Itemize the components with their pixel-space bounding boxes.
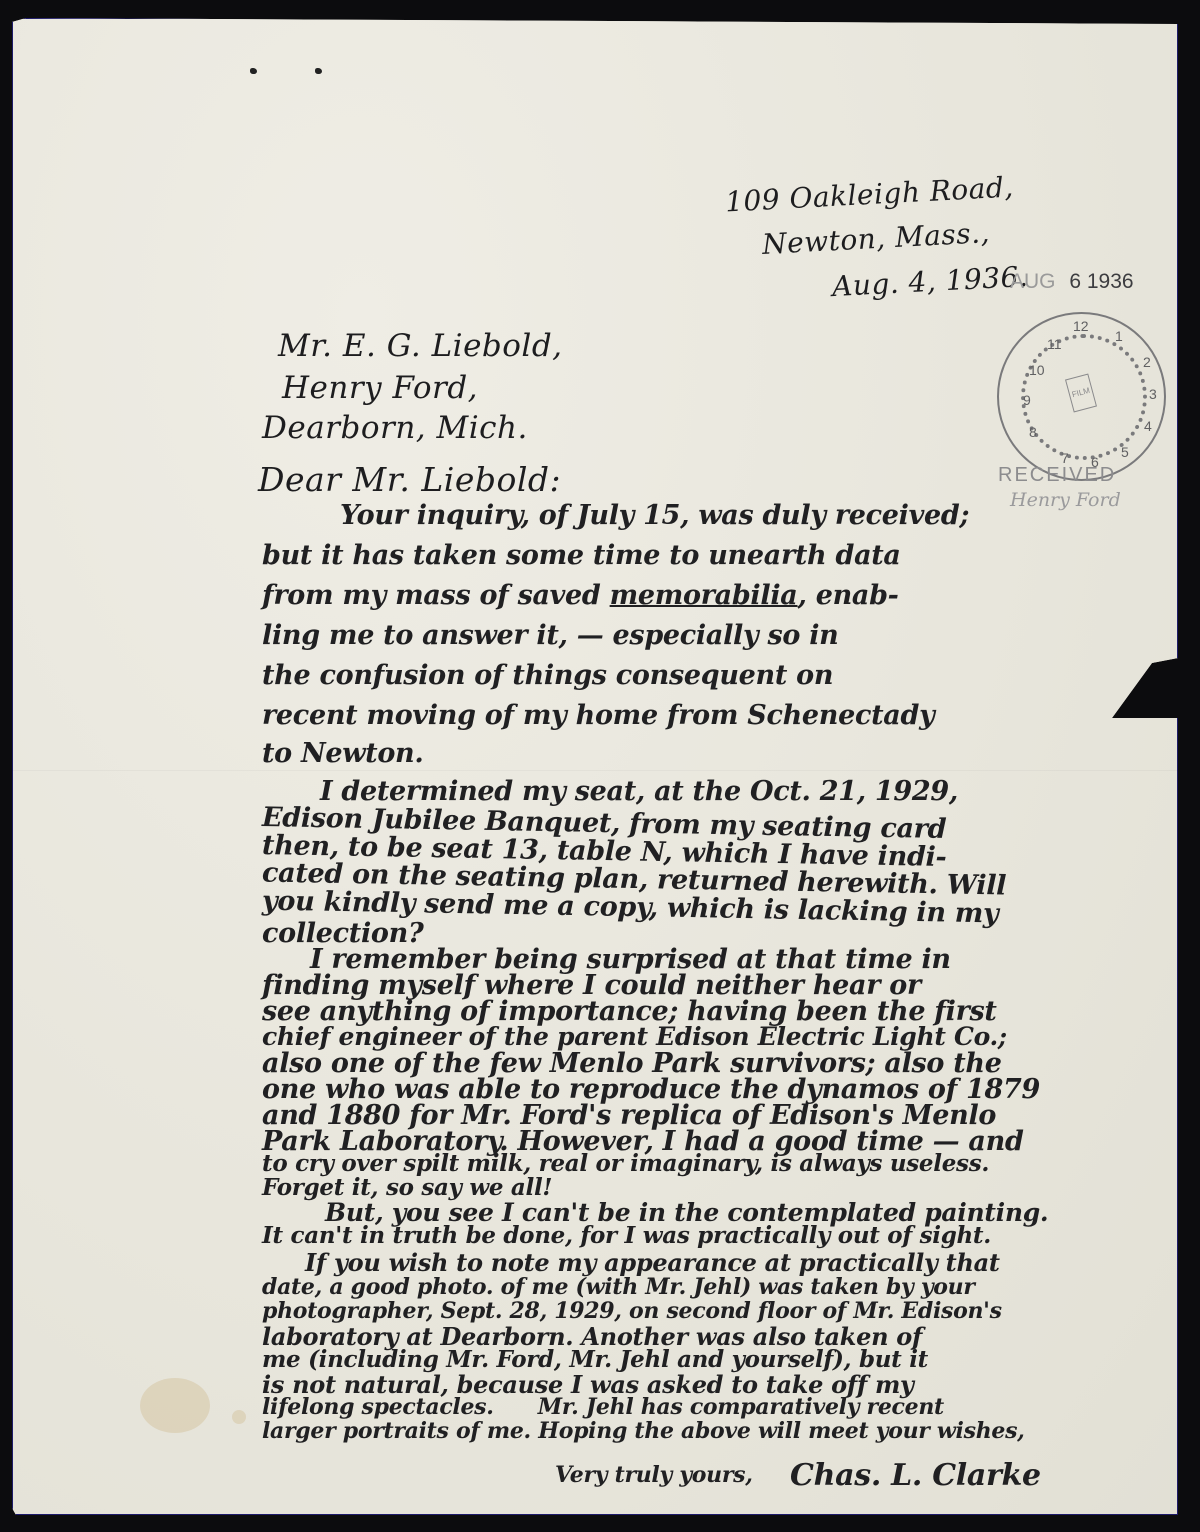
- water-stain: [140, 1378, 210, 1433]
- body-line: ling me to answer it, — especially so in: [262, 620, 838, 651]
- body-line: larger portraits of me. Hoping the above…: [262, 1418, 1025, 1444]
- underlined-word: memorabilia: [610, 580, 798, 611]
- date-stamp-value: 6 1936: [1069, 270, 1133, 293]
- clock-number: 10: [1029, 362, 1045, 378]
- received-stamp-label: RECEIVED: [998, 464, 1116, 487]
- date-stamp-month: AUG: [1010, 270, 1056, 293]
- clock-number: 2: [1143, 354, 1151, 370]
- body-text: , enab-: [798, 580, 899, 611]
- body-line: I determined my seat, at the Oct. 21, 19…: [320, 776, 958, 807]
- recipient-line-1: Mr. E. G. Liebold,: [278, 328, 563, 364]
- clock-number: 5: [1121, 444, 1129, 460]
- salutation: Dear Mr. Liebold:: [258, 460, 561, 499]
- clock-number: 1: [1115, 328, 1123, 344]
- body-line: lifelong spectacles. Mr. Jehl has compar…: [262, 1394, 944, 1420]
- body-line: It can't in truth be done, for I was pra…: [262, 1222, 991, 1249]
- body-line: date, a good photo. of me (with Mr. Jehl…: [262, 1274, 975, 1300]
- clock-number: 8: [1029, 424, 1037, 440]
- body-line: photographer, Sept. 28, 1929, on second …: [262, 1298, 1002, 1324]
- body-line: recent moving of my home from Schenectad…: [262, 700, 934, 731]
- clock-number: 3: [1149, 386, 1157, 402]
- signature: Chas. L. Clarke: [790, 1458, 1041, 1493]
- closing: Very truly yours,: [555, 1462, 753, 1488]
- clock-number: 9: [1023, 392, 1031, 408]
- received-stamp-signature: Henry Ford: [1010, 489, 1121, 511]
- recipient-line-2: Henry Ford,: [282, 370, 478, 406]
- punch-hole: [250, 68, 257, 74]
- body-line: from my mass of saved memorabilia, enab-: [262, 580, 899, 611]
- body-line: Forget it, so say we all!: [262, 1174, 552, 1201]
- paper-fold: [12, 770, 1178, 771]
- body-line: If you wish to note my appearance at pra…: [305, 1248, 1000, 1277]
- body-line: chief engineer of the parent Edison Elec…: [262, 1022, 1007, 1051]
- recipient-line-3: Dearborn, Mich.: [262, 410, 528, 446]
- body-line: the confusion of things consequent on: [262, 660, 833, 691]
- clock-stamp: 12 1 2 3 4 5 6 7 8 9 10 11 FILM: [997, 312, 1166, 481]
- date-stamp: AUG 6 1936: [1010, 270, 1134, 294]
- clock-number: 12: [1073, 318, 1089, 334]
- clock-number: 4: [1144, 418, 1152, 434]
- body-line: to cry over spilt milk, real or imaginar…: [262, 1150, 989, 1177]
- clock-number: 11: [1047, 336, 1062, 352]
- body-text: from my mass of saved: [262, 580, 610, 611]
- water-stain: [232, 1410, 246, 1424]
- punch-hole: [315, 68, 322, 74]
- body-line: but it has taken some time to unearth da…: [262, 540, 901, 571]
- body-line: to Newton.: [262, 738, 424, 769]
- body-line: Your inquiry, of July 15, was duly recei…: [340, 500, 969, 531]
- body-line: me (including Mr. Ford, Mr. Jehl and you…: [262, 1346, 928, 1373]
